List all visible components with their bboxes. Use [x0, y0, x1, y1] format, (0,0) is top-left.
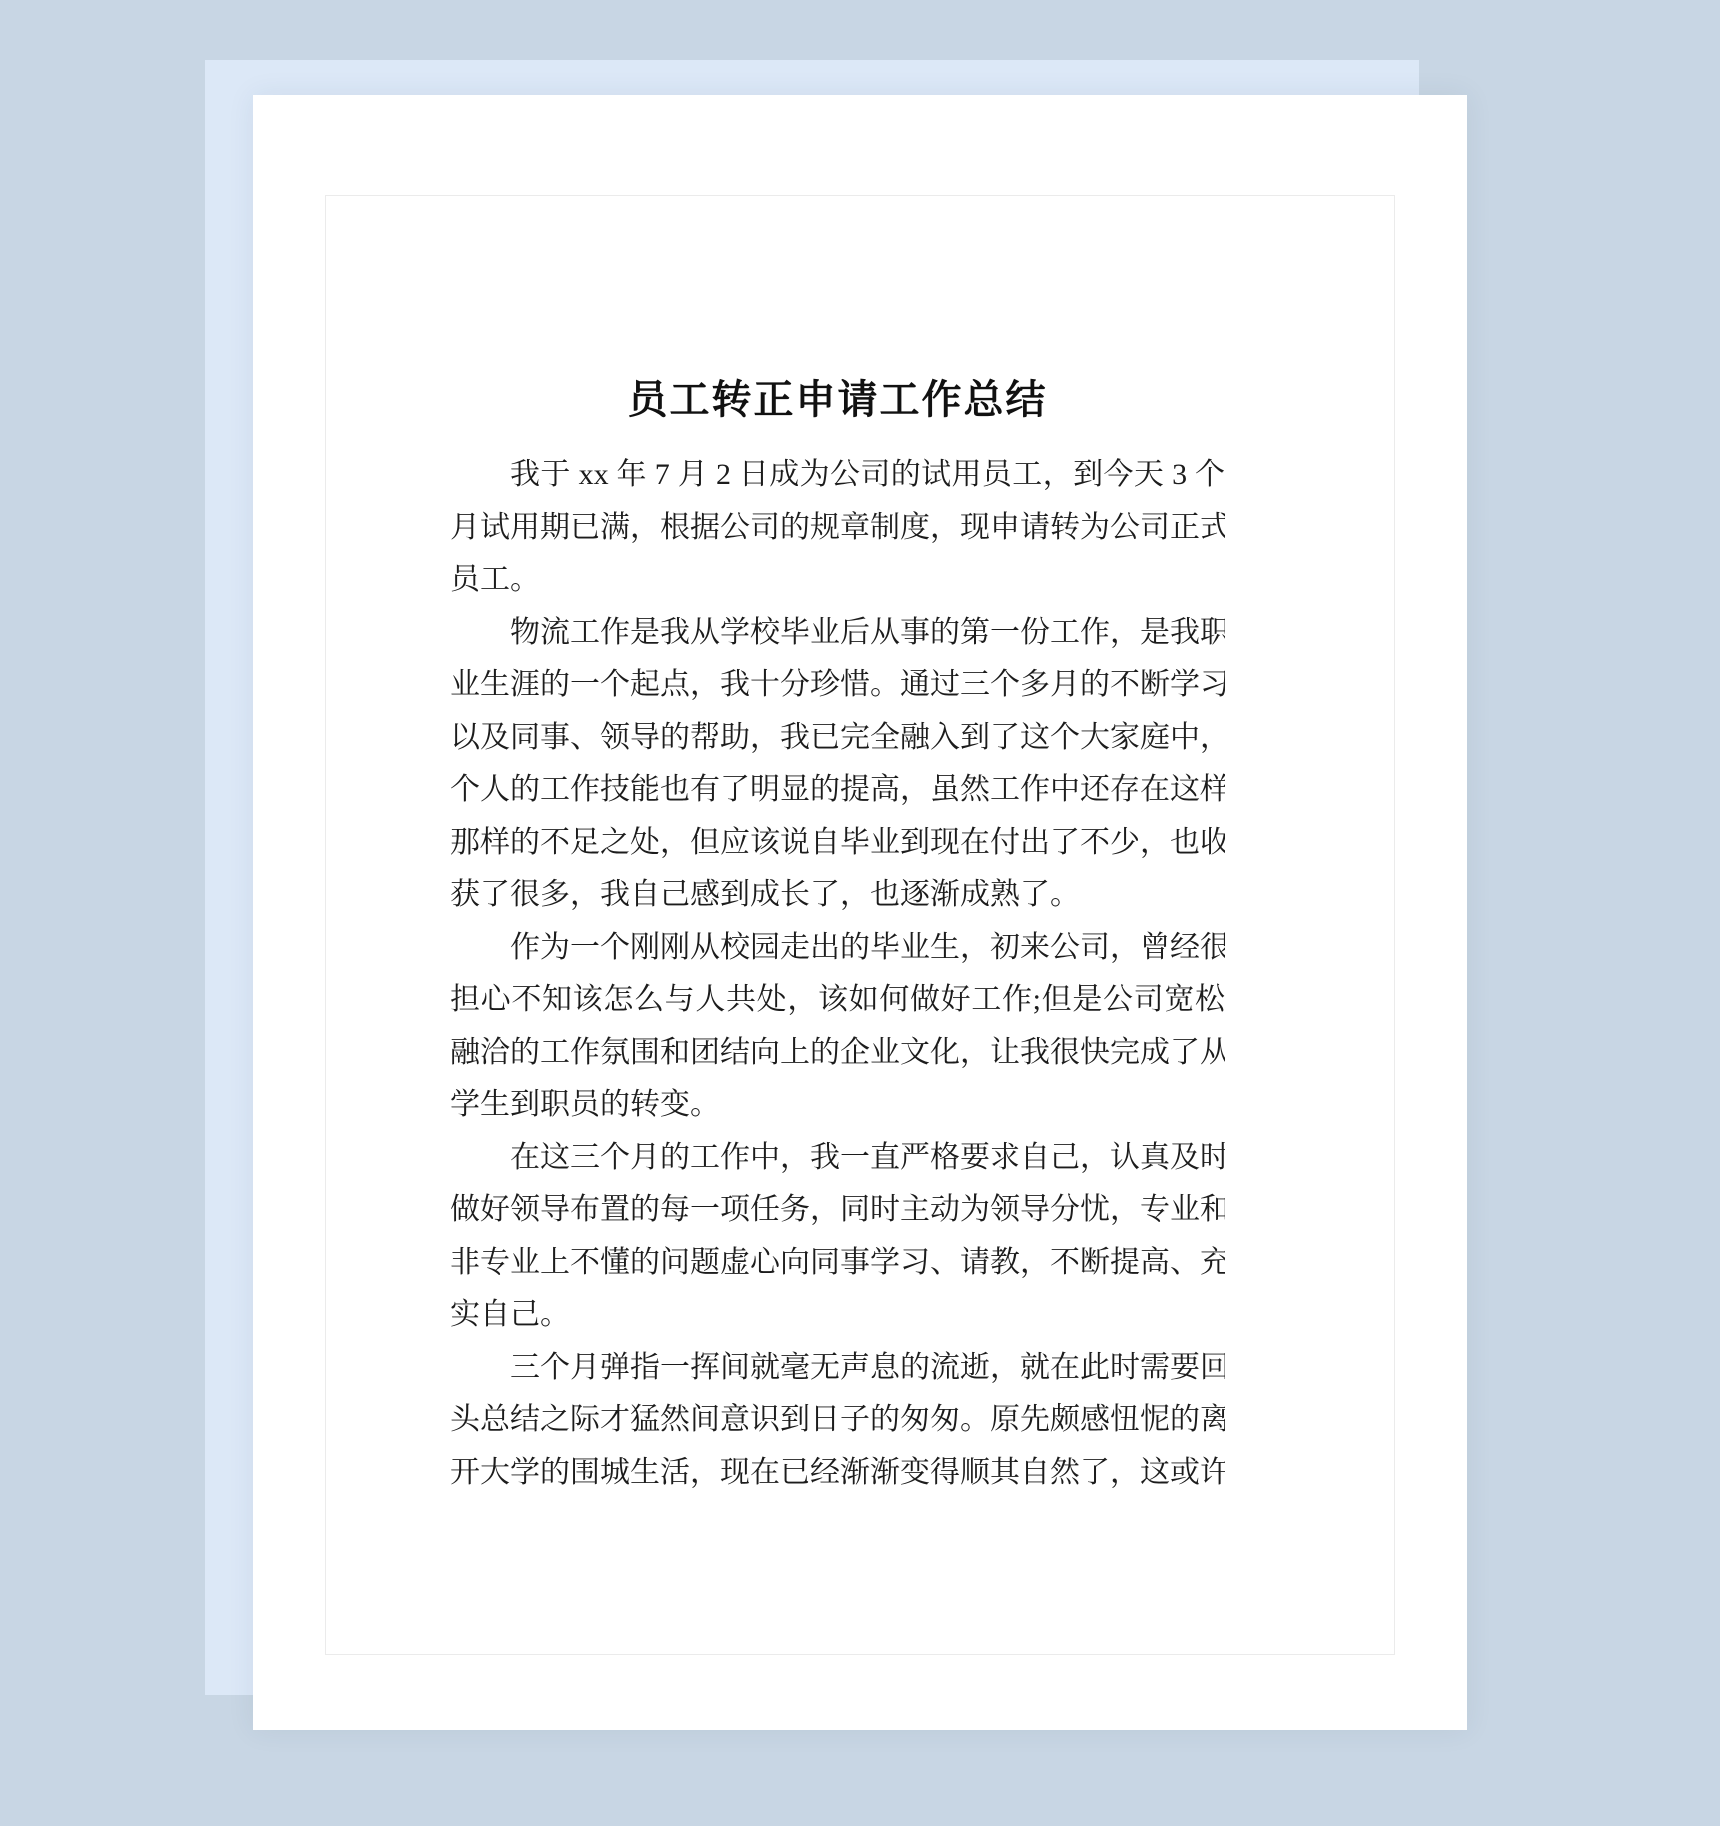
paragraph-line: 非专业上不懂的问题虚心向同事学习、请教，不断提高、充: [450, 1237, 1225, 1290]
paragraph-line: 个人的工作技能也有了明显的提高，虽然工作中还存在这样: [450, 764, 1225, 817]
paragraph-line: 物流工作是我从学校毕业后从事的第一份工作，是我职: [450, 607, 1225, 660]
paragraph-line: 开大学的围城生活，现在已经渐渐变得顺其自然了，这或许: [450, 1447, 1225, 1500]
paragraph-line: 以及同事、领导的帮助，我已完全融入到了这个大家庭中，: [450, 712, 1225, 765]
document-content: 员工转正申请工作总结 我于 xx 年 7 月 2 日成为公司的试用员工，到今天 …: [450, 95, 1225, 1499]
paragraph-line: 作为一个刚刚从校园走出的毕业生，初来公司，曾经很: [450, 922, 1225, 975]
paragraph-line: 三个月弹指一挥间就毫无声息的流逝，就在此时需要回: [450, 1342, 1225, 1395]
document-body: 我于 xx 年 7 月 2 日成为公司的试用员工，到今天 3 个 月试用期已满，…: [450, 449, 1225, 1499]
paragraph-line: 做好领导布置的每一项任务，同时主动为领导分忧，专业和: [450, 1184, 1225, 1237]
paragraph-line: 在这三个月的工作中，我一直严格要求自己，认真及时: [450, 1132, 1225, 1185]
paragraph-line: 获了很多，我自己感到成长了，也逐渐成熟了。: [450, 869, 1225, 922]
paragraph-line: 担心不知该怎么与人共处，该如何做好工作;但是公司宽松: [450, 974, 1225, 1027]
paragraph-line: 融洽的工作氛围和团结向上的企业文化，让我很快完成了从: [450, 1027, 1225, 1080]
paragraph-line: 那样的不足之处，但应该说自毕业到现在付出了不少，也收: [450, 817, 1225, 870]
paragraph-line: 员工。: [450, 554, 1225, 607]
paragraph-line: 我于 xx 年 7 月 2 日成为公司的试用员工，到今天 3 个: [450, 449, 1225, 502]
paragraph-line: 业生涯的一个起点，我十分珍惜。通过三个多月的不断学习，: [450, 659, 1225, 712]
paragraph-line: 学生到职员的转变。: [450, 1079, 1225, 1132]
paragraph-line: 头总结之际才猛然间意识到日子的匆匆。原先颇感忸怩的离: [450, 1394, 1225, 1447]
paragraph-line: 月试用期已满，根据公司的规章制度，现申请转为公司正式: [450, 502, 1225, 555]
document-title: 员工转正申请工作总结: [450, 376, 1225, 424]
paragraph-line: 实自己。: [450, 1289, 1225, 1342]
document-page: 员工转正申请工作总结 我于 xx 年 7 月 2 日成为公司的试用员工，到今天 …: [253, 95, 1467, 1730]
